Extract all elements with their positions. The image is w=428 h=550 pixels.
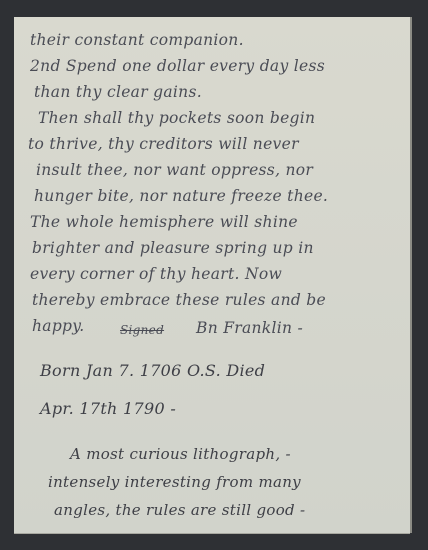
text-line: 2nd Spend one dollar every day less	[30, 57, 325, 75]
text-line: their constant companion.	[30, 31, 244, 49]
struck-word: Signed	[120, 323, 164, 337]
letter-page: their constant companion. 2nd Spend one …	[14, 17, 410, 533]
note-line: angles, the rules are still good -	[54, 501, 305, 519]
text-line: than thy clear gains.	[34, 83, 202, 101]
died-line: Apr. 17th 1790 -	[40, 399, 176, 418]
text-line: to thrive, thy creditors will never	[28, 135, 299, 153]
born-line: Born Jan 7. 1706 O.S. Died	[40, 361, 265, 380]
note-line: A most curious lithograph, -	[70, 445, 291, 463]
text-line: every corner of thy heart. Now	[30, 265, 282, 283]
text-line: thereby embrace these rules and be	[32, 291, 326, 309]
signature: Bn Franklin -	[196, 319, 303, 337]
text-line: Then shall thy pockets soon begin	[38, 109, 315, 127]
text-line: insult thee, nor want oppress, nor	[36, 161, 313, 179]
text-line: brighter and pleasure spring up in	[32, 239, 314, 257]
text-line: happy.	[32, 317, 85, 335]
text-line: The whole hemisphere will shine	[30, 213, 298, 231]
note-line: intensely interesting from many	[48, 473, 301, 491]
text-line: hunger bite, nor nature freeze thee.	[34, 187, 328, 205]
